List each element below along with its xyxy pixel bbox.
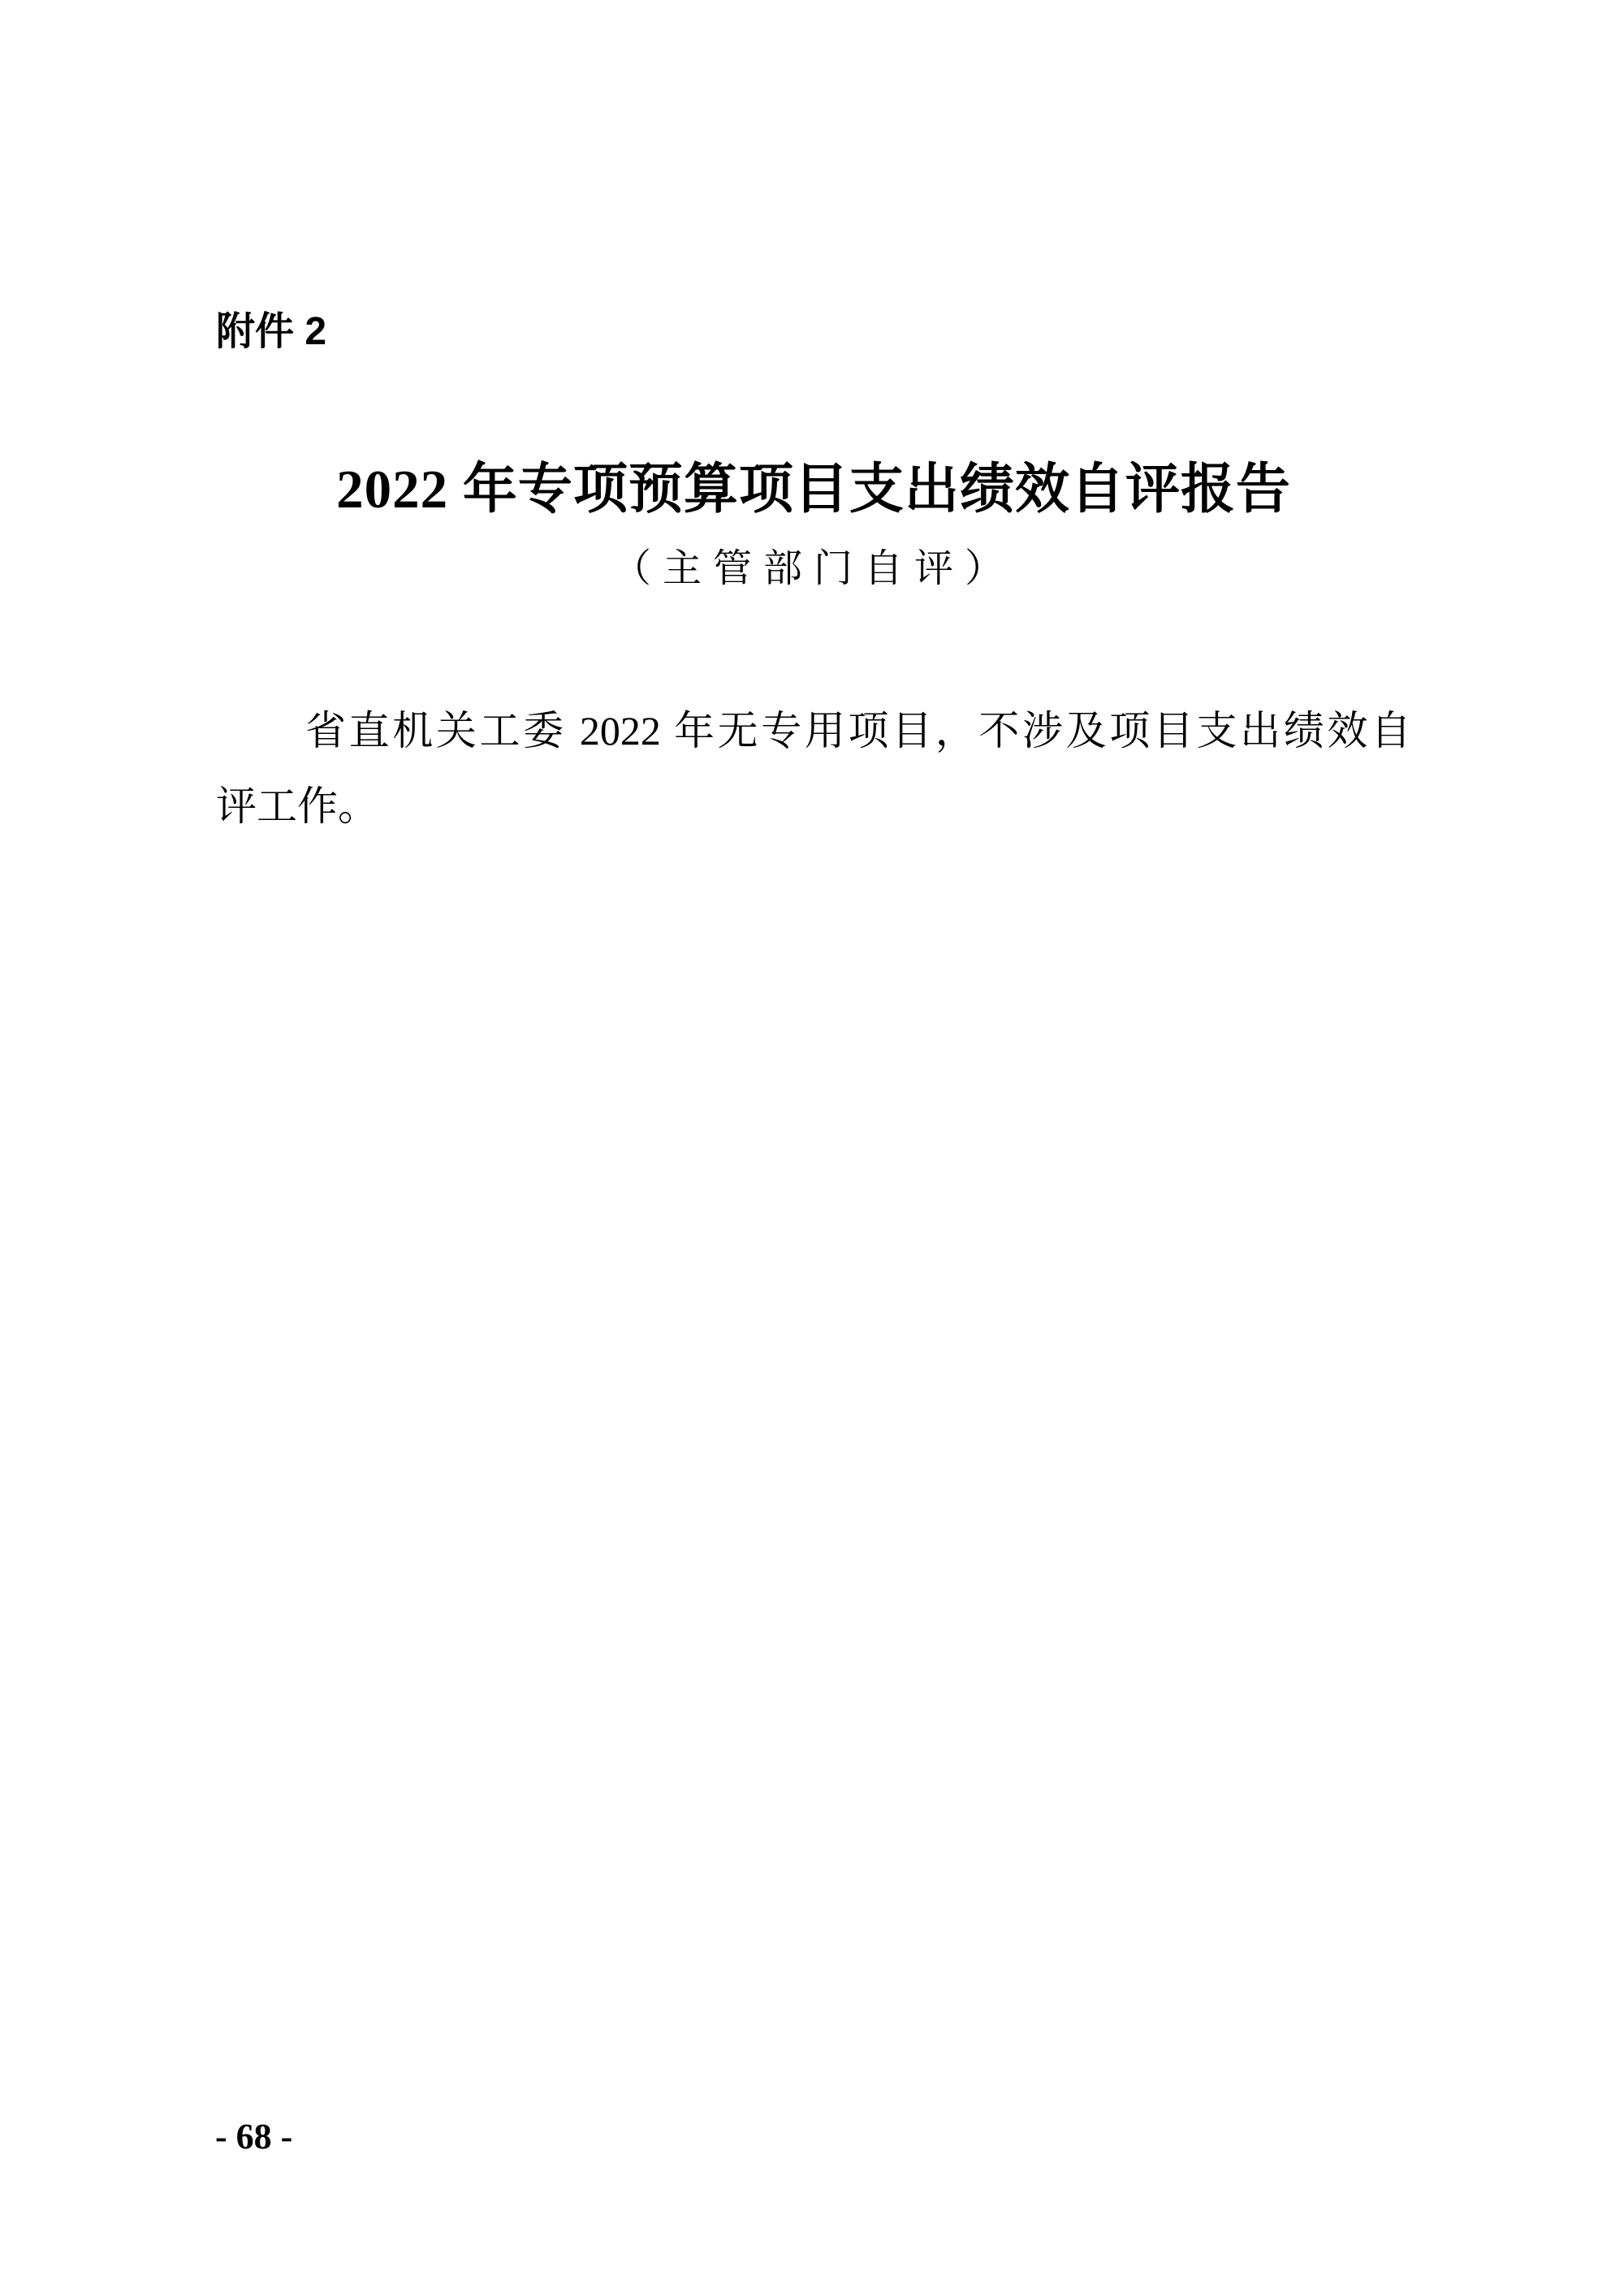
attachment-label: 附件 2 bbox=[216, 313, 1411, 352]
document-page: 附件 2 2022 年专项预算项目支出绩效自评报告 （主管部门自评） 省直机关工… bbox=[0, 0, 1624, 2296]
body-line: 评工作。 bbox=[216, 769, 1411, 844]
body-paragraph: 省直机关工委 2022 年无专用项目，不涉及项目支出绩效自 评工作。 bbox=[216, 693, 1411, 844]
document-title: 2022 年专项预算项目支出绩效自评报告 bbox=[216, 461, 1411, 518]
document-content: 附件 2 2022 年专项预算项目支出绩效自评报告 （主管部门自评） 省直机关工… bbox=[216, 313, 1411, 844]
body-line: 省直机关工委 2022 年无专用项目，不涉及项目支出绩效自 bbox=[216, 693, 1411, 769]
page-number: - 68 - bbox=[215, 2117, 292, 2156]
document-subtitle: （主管部门自评） bbox=[216, 549, 1411, 589]
